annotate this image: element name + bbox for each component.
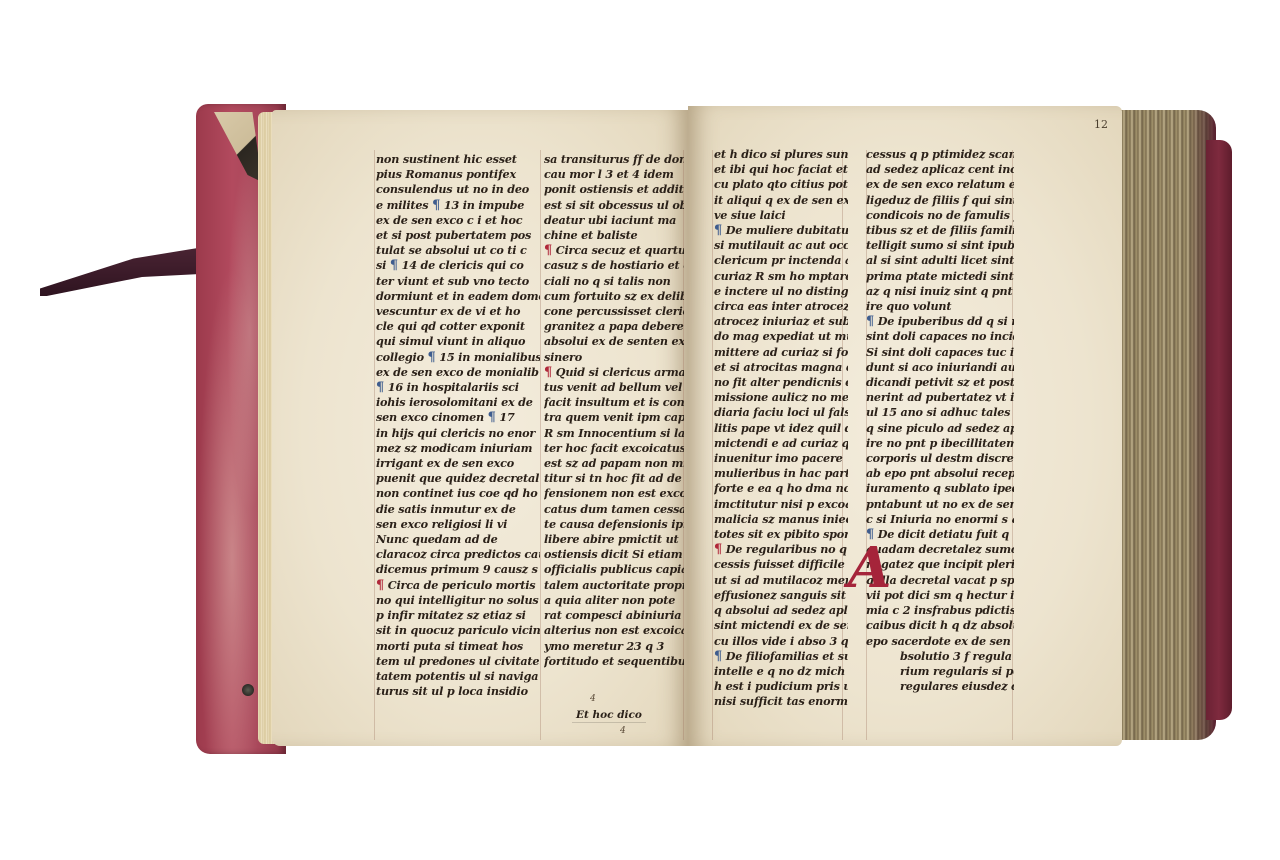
manuscript-line: ex de sen exco de monialib xyxy=(376,365,540,380)
manuscript-line: ¶ De muliere dubitatur xyxy=(714,223,848,238)
manuscript-line: caibus dicit h q dz absolui a xyxy=(866,618,1014,633)
manuscript-line: a quia aliter non pote xyxy=(544,593,684,608)
manuscript-line: sa transiturus ff de dona xyxy=(544,152,684,167)
paraph-mark: ¶ xyxy=(432,198,440,213)
manuscript-line: Si sint doli capaces tuc inci xyxy=(866,345,1014,360)
manuscript-line: q absolui ad sedez aplicaz xyxy=(714,603,848,618)
manuscript-line: est si sit obcessus ul obsi xyxy=(544,198,684,213)
manuscript-line: ul 15 ano si adhuc tales sint xyxy=(866,405,1014,420)
manuscript-line: imctitutur nisi p excoqueta xyxy=(714,497,848,512)
manuscript-line: dicandi petivit sz et postq pue xyxy=(866,375,1014,390)
manuscript-line: iuramento q sublato ipedimento se xyxy=(866,481,1014,496)
manuscript-line: officialis publicus capiat xyxy=(544,562,684,577)
manuscript-line: missione aulicz no mem xyxy=(714,390,848,405)
manuscript-line: ad sedez aplicaz cent inctendi xyxy=(866,162,1014,177)
manuscript-line: absolui ex de senten exco xyxy=(544,334,684,349)
manuscript-line: regulares eiusdez claustri xyxy=(866,679,1014,694)
manuscript-line: mez sz modicam iniuriam xyxy=(376,441,540,456)
manuscript-line: e milites ¶ 13 in impube xyxy=(376,198,540,213)
manuscript-line: ymo meretur 23 q 3 xyxy=(544,639,684,654)
ruling-line xyxy=(540,150,541,740)
manuscript-line: dicemus primum 9 causz s xyxy=(376,562,540,577)
manuscript-line: pntabunt ut no ex de sen ex xyxy=(866,497,1014,512)
manuscript-line: mittere ad curiaz si fortis est xyxy=(714,345,848,360)
manuscript-line: nisi sufficit tas enormis ex xyxy=(714,694,848,709)
manuscript-line: facit insultum et is con xyxy=(544,395,684,410)
manuscript-line: iohis ierosolomitani ex de xyxy=(376,395,540,410)
manuscript-line: die satis inmutur ex de xyxy=(376,502,540,517)
manuscript-line: et si atrocitas magna e et xyxy=(714,360,848,375)
paraph-mark: ¶ xyxy=(866,314,874,329)
manuscript-line: fortitudo et sequentibus xyxy=(544,654,684,669)
manuscript-line: morti puta si timeat hos xyxy=(376,639,540,654)
manuscript-line: ciali no q si talis non xyxy=(544,274,684,289)
torn-corner xyxy=(214,112,262,182)
text-column-right-2: cessus q p ptimidez scandaluad sedez apl… xyxy=(866,147,1014,694)
manuscript-line: tem ul predones ul civitatem xyxy=(376,654,540,669)
manuscript-line: sen exco cinomen ¶ 17 xyxy=(376,410,540,425)
manuscript-line: circa eas inter atrocez et non xyxy=(714,299,848,314)
manuscript-line: no fit alter pendicnis excus xyxy=(714,375,848,390)
manuscript-line: mia c 2 insfrabus pdictis xyxy=(866,603,1014,618)
manuscript-line: dunt si aco iniuriandi aut vin xyxy=(866,360,1014,375)
manuscript-line: turus sit ul p loca insidio xyxy=(376,684,540,699)
manuscript-line: te causa defensionis ipm xyxy=(544,517,684,532)
manuscript-line: ter hoc facit excoicatus xyxy=(544,441,684,456)
manuscript-line: atrocez iniuriaz et subdit ex xyxy=(714,314,848,329)
manuscript-line: ire no pnt p ibecillitatem xyxy=(866,436,1014,451)
text-column-left-1: non sustinent hic essetpius Romanus pont… xyxy=(376,152,540,699)
manuscript-line: qui simul viunt in aliquo xyxy=(376,334,540,349)
manuscript-line: epo sacerdote ex de sen ex imp isti xyxy=(866,634,1014,649)
manuscript-line: non continet ius coe qd ho xyxy=(376,486,540,501)
manuscript-line: ¶ Circa de periculo mortis xyxy=(376,578,540,593)
manuscript-line: collegio ¶ 15 in monialibus xyxy=(376,350,540,365)
manuscript-line: e inctere ul no distinguens xyxy=(714,284,848,299)
manuscript-line: vescuntur ex de vi et ho xyxy=(376,304,540,319)
manuscript-line: non sustinent hic esset xyxy=(376,152,540,167)
manuscript-line: libere abire pmictit ut xyxy=(544,532,684,547)
paraph-mark: ¶ xyxy=(376,578,384,593)
manuscript-line: granitez a papa deberet xyxy=(544,319,684,334)
paraph-mark: ¶ xyxy=(714,223,722,238)
manuscript-line: condicois no de famulis fuen xyxy=(866,208,1014,223)
manuscript-line: forte e ea q ho dma no q xyxy=(714,481,848,496)
manuscript-line: ligeduz de filiis f qui sint simil xyxy=(866,193,1014,208)
manuscript-line: ex de sen exco c i et hoc xyxy=(376,213,540,228)
manuscript-line: si mutilauit ac aut occiderit xyxy=(714,238,848,253)
manuscript-line: Nunc quedam ad de xyxy=(376,532,540,547)
manuscript-line: tatem potentis ul si naviga xyxy=(376,669,540,684)
paraph-mark: ¶ xyxy=(544,243,552,258)
manuscript-line: ex de sen exco relatum et intel xyxy=(866,177,1014,192)
manuscript-line: titur si tn hoc fit ad de xyxy=(544,471,684,486)
manuscript-line: h est i pudicium pris ul dni xyxy=(714,679,848,694)
text-column-left-2: sa transiturus ff de donacau mor l 3 et … xyxy=(544,152,684,669)
manuscript-line: malicia sz manus iniectio ml xyxy=(714,512,848,527)
manuscript-line: catus dum tamen cessa xyxy=(544,502,684,517)
manuscript-line: cum fortuito sz ex delibera xyxy=(544,289,684,304)
catchword-mark-top: 4 xyxy=(590,694,596,704)
manuscript-line: pius Romanus pontifex xyxy=(376,167,540,182)
manuscript-line: casuz s de hostiario et offi xyxy=(544,258,684,273)
manuscript-line: sen exco religiosi li vi xyxy=(376,517,540,532)
manuscript-line: ¶ 16 in hospitalariis sci xyxy=(376,380,540,395)
manuscript-line: telligit sumo si sint ipubes xyxy=(866,238,1014,253)
manuscript-line: sinero xyxy=(544,350,684,365)
manuscript-line: fensionem non est exco xyxy=(544,486,684,501)
manuscript-line: diaria faciu loci ul falsas xyxy=(714,405,848,420)
manuscript-line: et ibi qui hoc faciat et ipe xyxy=(714,162,848,177)
paraph-mark: ¶ xyxy=(544,365,552,380)
manuscript-line: cu plato qto citius pot restitu xyxy=(714,177,848,192)
manuscript-line: claracoz circa predictos cauus xyxy=(376,547,540,562)
manuscript-line: nerint ad pubertatez vt in iq xyxy=(866,390,1014,405)
catchword-mark-bottom: 4 xyxy=(620,726,626,736)
ruling-line xyxy=(712,150,713,740)
manuscript-line: et si post pubertatem pos xyxy=(376,228,540,243)
manuscript-line: in hijs qui clericis no enor xyxy=(376,426,540,441)
manuscript-line: alterius non est excoicatus xyxy=(544,623,684,638)
manuscript-line: corporis ul destm discrecionis xyxy=(866,451,1014,466)
paraph-mark: ¶ xyxy=(488,410,496,425)
manuscript-line: et h dico si plures sunt no xyxy=(714,147,848,162)
manuscript-line: R sm Innocentium si lae xyxy=(544,426,684,441)
manuscript-line: inuenitur imo pacere xyxy=(714,451,848,466)
manuscript-line: chine et baliste xyxy=(544,228,684,243)
manuscript-line: ostiensis dicit Si etiam xyxy=(544,547,684,562)
manuscript-line: tus venit ad bellum vel xyxy=(544,380,684,395)
manuscript-line: q sine piculo ad sedez aplicaz xyxy=(866,421,1014,436)
manuscript-line: cle qui qd cotter exponit xyxy=(376,319,540,334)
manuscript-line: intelle e q no dz mich qui xyxy=(714,664,848,679)
manuscript-line: sint doli capaces no incidunt xyxy=(866,329,1014,344)
manuscript-line: tulat se absolui ut co ti c xyxy=(376,243,540,258)
manuscript-line: al si sint adulti licet sint in xyxy=(866,253,1014,268)
ruling-line xyxy=(374,150,375,740)
manuscript-line: do mag expediat ut muliere xyxy=(714,329,848,344)
paraph-mark: ¶ xyxy=(428,350,436,365)
manuscript-line: ter viunt et sub vno tecto xyxy=(376,274,540,289)
manuscript-line: curiaz R sm ho mptare epi xyxy=(714,269,848,284)
paraph-mark: ¶ xyxy=(714,649,722,664)
manuscript-line: bsolutio 3 f regula xyxy=(866,649,1014,664)
right-cover-board xyxy=(1206,140,1232,720)
manuscript-line: est sz ad papam non mit xyxy=(544,456,684,471)
manuscript-line: it aliqui q ex de sen exco xyxy=(714,193,848,208)
manuscript-line: deatur ubi iaciunt ma xyxy=(544,213,684,228)
manuscript-line: clericum pr inctenda ad xyxy=(714,253,848,268)
manuscript-line: cone percussisset clericum xyxy=(544,304,684,319)
manuscript-line: rium regularis si percusserit xyxy=(866,664,1014,679)
manuscript-line: ¶ De regularibus no q si p xyxy=(714,542,848,557)
manuscript-line: sit in quocuz pariculo vicino xyxy=(376,623,540,638)
manuscript-line: litis pape vt idez quil dicit xyxy=(714,421,848,436)
manuscript-line: no qui intelligitur no solus xyxy=(376,593,540,608)
manuscript-line: c si Iniuria no enormi s q xyxy=(866,512,1014,527)
manuscript-line: puenit que quidez decretal xyxy=(376,471,540,486)
manuscript-line: tra quem venit ipm capit xyxy=(544,410,684,425)
manuscript-line: ¶ De filiofamilias et suo xyxy=(714,649,848,664)
manuscript-line: dormiunt et in eadem domo xyxy=(376,289,540,304)
manuscript-line: cessus q p ptimidez scandalu xyxy=(866,147,1014,162)
catchword: Et hoc dico xyxy=(572,708,646,723)
manuscript-line: consulendus ut no in deo xyxy=(376,182,540,197)
manuscript-photo: non sustinent hic essetpius Romanus pont… xyxy=(0,0,1280,860)
manuscript-line: ab epo pnt absolui recepto xyxy=(866,466,1014,481)
text-column-right-1: et h dico si plures sunt noet ibi qui ho… xyxy=(714,147,848,710)
manuscript-line: tibus sz et de filiis familias ui xyxy=(866,223,1014,238)
manuscript-line: ve siue laici xyxy=(714,208,848,223)
boss-nail xyxy=(242,684,254,696)
manuscript-line: si ¶ 14 de clericis qui co xyxy=(376,258,540,273)
manuscript-line: talem auctoritate propria xyxy=(544,578,684,593)
manuscript-line: effusionez sanguis sit grassu xyxy=(714,588,848,603)
manuscript-line: ¶ De ipuberibus dd q si no xyxy=(866,314,1014,329)
manuscript-line: prima ptate mictedi sint adcuri xyxy=(866,269,1014,284)
manuscript-line: irrigant ex de sen exco xyxy=(376,456,540,471)
ribbon-bookmark xyxy=(40,246,210,296)
manuscript-line: ¶ Quid si clericus arma xyxy=(544,365,684,380)
paraph-mark: ¶ xyxy=(376,380,384,395)
manuscript-line: mulieribus in hac parte et xyxy=(714,466,848,481)
manuscript-line: cau mor l 3 et 4 idem xyxy=(544,167,684,182)
folio-number: 12 xyxy=(1094,118,1108,131)
manuscript-line: p infir mitatez sz etiaz si xyxy=(376,608,540,623)
manuscript-line: ¶ Circa secuz et quartu xyxy=(544,243,684,258)
manuscript-line: sint mictendi ex de sen exco xyxy=(714,618,848,633)
paraph-mark: ¶ xyxy=(714,542,722,557)
manuscript-line: mictendi e ad curiaz q nos xyxy=(714,436,848,451)
decorated-initial: A xyxy=(848,540,891,596)
manuscript-line: cessis fuisset difficile et endis xyxy=(714,557,848,572)
manuscript-line: cu illos vide i abso 3 q i xyxy=(714,634,848,649)
manuscript-line: az q nisi inuiz sint q pnt xyxy=(866,284,1014,299)
manuscript-line: totes sit ex pibito sporti xyxy=(714,527,848,542)
paraph-mark: ¶ xyxy=(390,258,398,273)
manuscript-line: rat compesci abiniuria xyxy=(544,608,684,623)
manuscript-line: ire quo volunt xyxy=(866,299,1014,314)
manuscript-line: ut si ad mutilacoz membri ul xyxy=(714,573,848,588)
manuscript-line: ponit ostiensis et addit q ide xyxy=(544,182,684,197)
right-page-block xyxy=(1120,110,1216,740)
